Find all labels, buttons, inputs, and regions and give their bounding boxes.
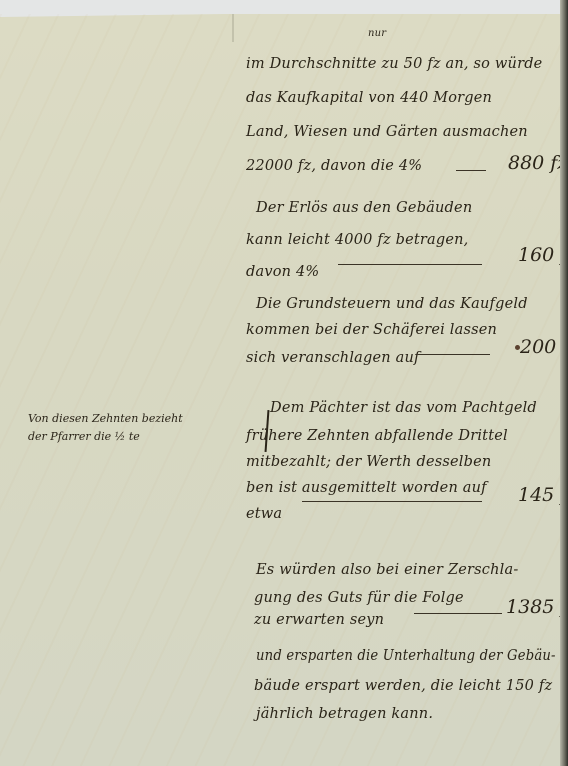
entry-2-line-1: Der Erlös aus den Gebäuden xyxy=(256,200,472,216)
entry-3-line-1: Die Grundsteuern und das Kaufgeld xyxy=(256,296,528,312)
entry-4-leader-line xyxy=(302,501,482,502)
margin-note-line-1: Von diesen Zehnten bezieht xyxy=(28,412,183,425)
entry-2-line-3: davon 4% xyxy=(246,264,319,280)
entry-4-line-3: mitbezahlt; der Werth desselben xyxy=(246,454,491,470)
entry-3-line-3: sich veranschlagen auf xyxy=(246,350,420,366)
entry-4-line-5: etwa xyxy=(246,506,282,522)
entry-3-line-2: kommen bei der Schäferei lassen xyxy=(246,322,497,338)
margin-note-line-2: der Pfarrer die ½ te xyxy=(28,430,140,443)
entry-4-line-1: Dem Pächter ist das vom Pachtgeld xyxy=(270,400,537,416)
entry-6-line-2: bäude erspart werden, die leicht 150 fz xyxy=(254,678,552,694)
entry-4-line-2: frühere Zehnten abfallende Drittel xyxy=(246,428,508,444)
entry-2-leader-line xyxy=(338,264,482,265)
paper-fold xyxy=(232,14,234,42)
entry-5-line-1: Es würden also bei einer Zerschla- xyxy=(256,562,518,578)
entry-1-line-3: Land, Wiesen und Gärten ausmachen xyxy=(246,124,528,140)
entry-1-line-1: im Durchschnitte zu 50 fz an, so würde xyxy=(246,56,542,72)
entry-5-amount: 1385 fz xyxy=(506,596,568,618)
entry-5-line-3: zu erwarten seyn xyxy=(254,612,384,628)
entry-1-amount: 880 fz xyxy=(508,152,567,174)
entry-1-line-4: 22000 fz, davon die 4% xyxy=(246,158,422,174)
entry-5-line-2: gung des Guts für die Folge xyxy=(254,590,464,606)
entry-5-leader-line xyxy=(414,613,502,614)
entry-3-leader-line xyxy=(418,354,490,355)
insertion-word: nur xyxy=(368,28,386,39)
entry-2-line-2: kann leicht 4000 fz betragen, xyxy=(246,232,468,248)
entry-6-line-3: jährlich betragen kann. xyxy=(256,706,433,722)
entry-6-line-1: und ersparten die Unterhaltung der Gebäu… xyxy=(256,648,556,664)
entry-1-line-2: das Kaufkapital von 440 Morgen xyxy=(246,90,492,106)
entry-4-line-4: ben ist ausgemittelt worden auf xyxy=(246,480,487,496)
entry-1-leader-line xyxy=(456,170,486,171)
book-binding-edge xyxy=(560,0,568,766)
